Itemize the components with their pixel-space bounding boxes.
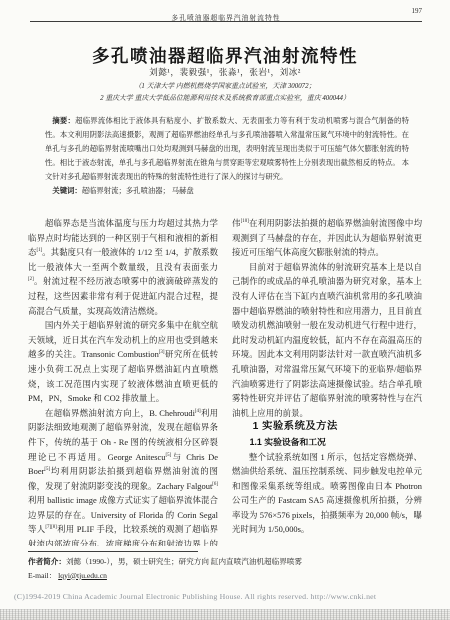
keywords-label: 关键词：	[52, 186, 81, 195]
header-rule	[30, 21, 422, 22]
abstract-label: 摘要：	[52, 116, 75, 125]
email-link[interactable]: lqyi@tju.edu.cn	[58, 571, 107, 580]
body-columns: 超临界态是当流体温度与压力均超过其热力学临界点时均能达到的一种区别于气相和液相的…	[28, 216, 422, 546]
section-heading-1: 1 实验系统及方法	[232, 420, 422, 435]
abstract-paragraph: 摘要：超临界流体相比于液体具有粘度小、扩散系数大、无表面张力等有利于发动机喷雾与…	[45, 114, 409, 184]
page-number: 197	[412, 7, 423, 15]
email-line: E-mail： lqyi@tju.edu.cn	[28, 569, 430, 583]
left-column: 超临界态是当流体温度与压力均超过其热力学临界点时均能达到的一种区别于气相和液相的…	[28, 216, 218, 546]
email-label: E-mail：	[28, 571, 56, 580]
bio-label: 作者简介：	[28, 557, 66, 566]
body-paragraph: 超临界态是当流体温度与压力均超过其热力学临界点时均能达到的一种区别于气相和液相的…	[28, 216, 218, 318]
bio-text: 刘懿（1990-），男，硕士研究生；研究方向 缸内直喷汽油机超临界喷雾	[66, 557, 302, 566]
author-bio-footnote: 作者简介：刘懿（1990-），男，硕士研究生；研究方向 缸内直喷汽油机超临界喷雾…	[28, 555, 430, 582]
right-column: 伟[10]在利用阴影法拍摄的超临界燃油射流图像中均观测到了马赫盘的存在，并因此认…	[232, 216, 422, 546]
body-paragraph: 整个试验系统如图 1 所示，包括定容燃烧弹、燃油供给系统、温压控制系统、同步触发…	[232, 450, 422, 538]
affiliations: （1 天津大学 内燃机燃烧学国家重点试验室，天津 300072； 2 重庆大学 …	[0, 81, 450, 104]
scan-noise-strip	[0, 609, 450, 620]
footnote-rule	[28, 551, 198, 552]
bio-line: 作者简介：刘懿（1990-），男，硕士研究生；研究方向 缸内直喷汽油机超临界喷雾	[28, 557, 302, 566]
body-paragraph: 国内外关于超临界射流的研究多集中在航空航天领域，近日其在汽车发动机上的应用也受到…	[28, 318, 218, 406]
abstract-text: 超临界流体相比于液体具有粘度小、扩散系数大、无表面张力等有利于发动机喷雾与混合气…	[45, 116, 409, 181]
abstract-block: 摘要：超临界流体相比于液体具有粘度小、扩散系数大、无表面张力等有利于发动机喷雾与…	[45, 114, 409, 199]
affiliation-line-1: （1 天津大学 内燃机燃烧学国家重点试验室，天津 300072；	[0, 81, 450, 93]
scanned-paper-page: 多孔喷油器超临界汽油射流特性 197 多孔喷油器超临界汽油射流特性 刘懿¹，裴毅…	[0, 0, 450, 620]
body-paragraph: 目前对于超临界流体的射流研究基本上是以自己制作的或成品的单孔喷油器为研究对象，基…	[232, 260, 422, 421]
section-heading-1-1: 1.1 实验设备和工况	[232, 435, 422, 450]
cnki-watermark: (C)1994-2019 China Academic Journal Elec…	[14, 592, 440, 601]
page-header: 多孔喷油器超临界汽油射流特性 197	[30, 7, 422, 19]
keywords-line: 关键词：超临界射流；多孔喷油器； 马赫盘	[45, 184, 409, 198]
author-list: 刘懿¹，裴毅强¹，张淼¹，张岩¹，刘冰²	[0, 66, 450, 78]
paper-title: 多孔喷油器超临界汽油射流特性	[0, 43, 450, 68]
body-paragraph: 在超临界燃油射流方向上，B. Chehroudi[4]利用阴影法细致地观测了超临…	[28, 406, 218, 546]
body-paragraph: 伟[10]在利用阴影法拍摄的超临界燃油射流图像中均观测到了马赫盘的存在，并因此认…	[232, 216, 422, 260]
keywords-text: 超临界射流；多孔喷油器； 马赫盘	[82, 186, 194, 195]
affiliation-line-2: 2 重庆大学 重庆大学低品位能源利用技术及系统教育部重点实验室，重庆 40004…	[0, 93, 450, 105]
